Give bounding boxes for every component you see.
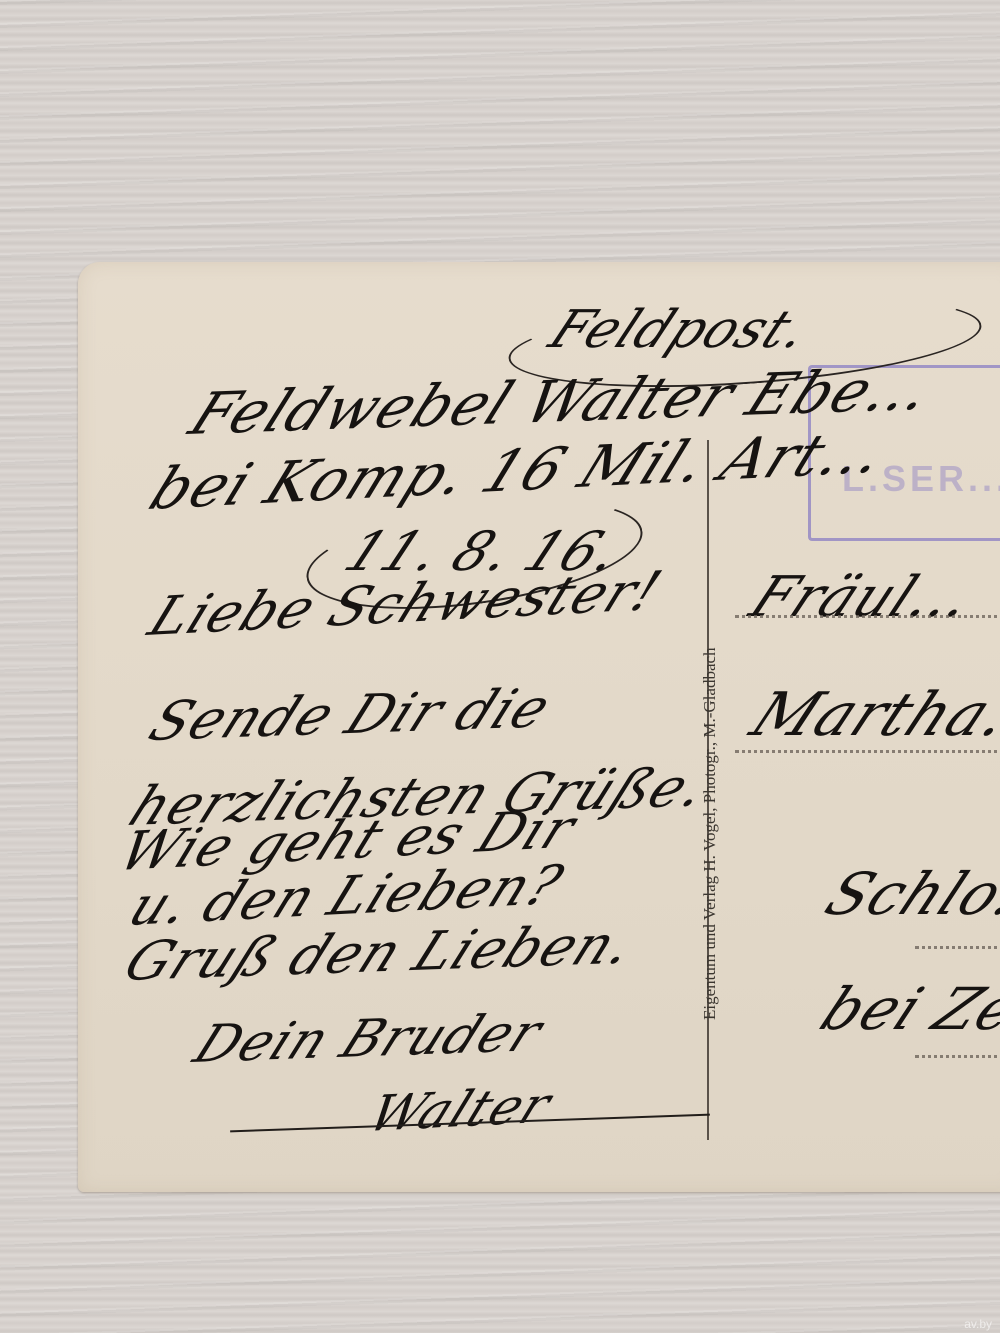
publisher-imprint: Eigentum und Verlag H. Vogel, Photogr., … [700,647,720,1020]
address-line-2: Martha... [740,680,1000,750]
address-line-1: Fräul... [740,565,985,630]
address-dotted-line-2 [735,750,1000,753]
address-dotted-line-4 [915,1055,1000,1058]
closing: Dein Bruder [185,1003,552,1075]
address-line-4: bei Ze... [810,975,1000,1043]
address-line-3: Schlo... [815,860,1000,928]
signature: Walter [360,1076,560,1143]
watermark: av.by [964,1317,992,1331]
address-dotted-line-3 [915,946,1000,949]
header-feldpost: Feldpost. [540,300,820,360]
address-dotted-line-1 [735,615,1000,618]
